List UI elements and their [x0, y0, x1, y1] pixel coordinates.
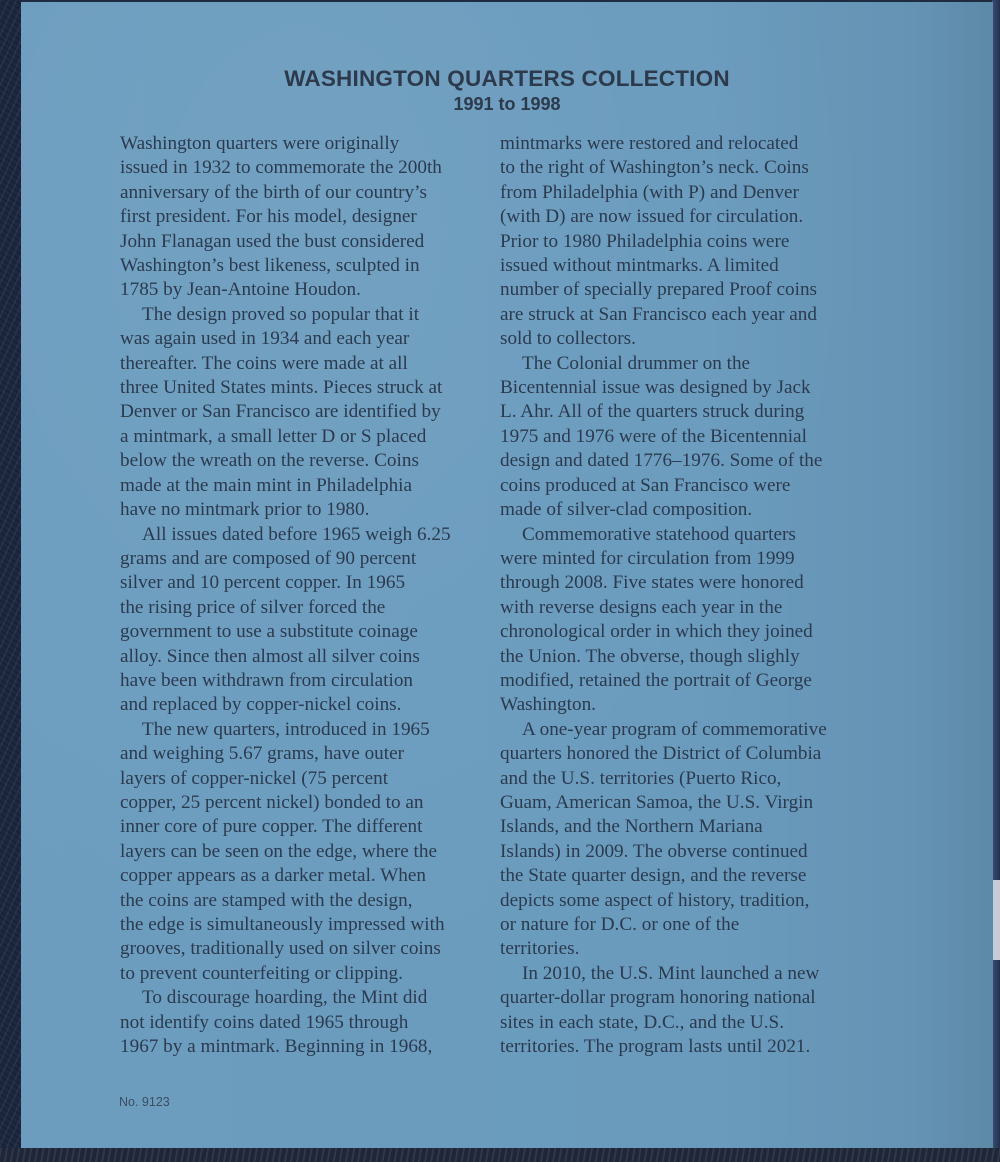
text-line: territories. The program lasts until 202… [500, 1035, 872, 1059]
text-line: the edge is simultaneously impressed wit… [120, 913, 492, 937]
text-line: Prior to 1980 Philadelphia coins were [500, 230, 872, 254]
text-line: (with D) are now issued for circulation. [500, 205, 872, 229]
text-line: Commemorative statehood quarters [500, 523, 872, 547]
page-subtitle: 1991 to 1998 [21, 94, 993, 115]
text-line: the State quarter design, and the revers… [500, 864, 872, 888]
text-line: Islands) in 2009. The obverse continued [500, 840, 872, 864]
text-line: territories. [500, 937, 872, 961]
text-line: anniversary of the birth of our country’… [120, 181, 492, 205]
text-line: to the right of Washington’s neck. Coins [500, 156, 872, 180]
text-line: layers of copper-nickel (75 percent [120, 767, 492, 791]
text-line: In 2010, the U.S. Mint launched a new [500, 962, 872, 986]
text-line: layers can be seen on the edge, where th… [120, 840, 492, 864]
text-line: Washington’s best likeness, sculpted in [120, 254, 492, 278]
text-line: the coins are stamped with the design, [120, 889, 492, 913]
text-line: three United States mints. Pieces struck… [120, 376, 492, 400]
text-line: coins produced at San Francisco were [500, 474, 872, 498]
text-line: inner core of pure copper. The different [120, 815, 492, 839]
text-line: and weighing 5.67 grams, have outer [120, 742, 492, 766]
text-line: was again used in 1934 and each year [120, 327, 492, 351]
text-line: Guam, American Samoa, the U.S. Virgin [500, 791, 872, 815]
text-line: from Philadelphia (with P) and Denver [500, 181, 872, 205]
text-line: copper, 25 percent nickel) bonded to an [120, 791, 492, 815]
catalog-number: No. 9123 [119, 1095, 170, 1109]
text-line: were minted for circulation from 1999 [500, 547, 872, 571]
text-line: number of specially prepared Proof coins [500, 278, 872, 302]
text-line: chronological order in which they joined [500, 620, 872, 644]
album-page: WASHINGTON QUARTERS COLLECTION 1991 to 1… [21, 2, 993, 1148]
text-line: quarters honored the District of Columbi… [500, 742, 872, 766]
text-line: sites in each state, D.C., and the U.S. [500, 1011, 872, 1035]
text-line: a mintmark, a small letter D or S placed [120, 425, 492, 449]
text-line: first president. For his model, designer [120, 205, 492, 229]
page-title: WASHINGTON QUARTERS COLLECTION [21, 66, 993, 92]
right-text-column: mintmarks were restored and relocatedto … [500, 132, 872, 1059]
text-line: not identify coins dated 1965 through [120, 1011, 492, 1035]
text-line: grams and are composed of 90 percent [120, 547, 492, 571]
text-line: Islands, and the Northern Mariana [500, 815, 872, 839]
text-line: below the wreath on the reverse. Coins [120, 449, 492, 473]
text-line: The design proved so popular that it [120, 303, 492, 327]
text-line: thereafter. The coins were made at all [120, 352, 492, 376]
text-line: To discourage hoarding, the Mint did [120, 986, 492, 1010]
text-line: 1785 by Jean-Antoine Houdon. [120, 278, 492, 302]
text-line: or nature for D.C. or one of the [500, 913, 872, 937]
text-line: the Union. The obverse, though slighly [500, 645, 872, 669]
text-line: depicts some aspect of history, traditio… [500, 889, 872, 913]
left-text-column: Washington quarters were originallyissue… [120, 132, 492, 1059]
text-line: Denver or San Francisco are identified b… [120, 400, 492, 424]
text-line: alloy. Since then almost all silver coin… [120, 645, 492, 669]
binder-leather-spine [0, 0, 22, 1162]
text-line: issued in 1932 to commemorate the 200th [120, 156, 492, 180]
text-line: sold to collectors. [500, 327, 872, 351]
text-line: made of silver-clad composition. [500, 498, 872, 522]
text-line: All issues dated before 1965 weigh 6.25 [120, 523, 492, 547]
text-line: made at the main mint in Philadelphia [120, 474, 492, 498]
text-line: 1967 by a mintmark. Beginning in 1968, [120, 1035, 492, 1059]
text-line: through 2008. Five states were honored [500, 571, 872, 595]
text-line: and the U.S. territories (Puerto Rico, [500, 767, 872, 791]
text-line: 1975 and 1976 were of the Bicentennial [500, 425, 872, 449]
text-line: mintmarks were restored and relocated [500, 132, 872, 156]
text-line: design and dated 1776–1976. Some of the [500, 449, 872, 473]
binder-right-edge-highlight [992, 880, 1000, 960]
text-line: have no mintmark prior to 1980. [120, 498, 492, 522]
text-line: The new quarters, introduced in 1965 [120, 718, 492, 742]
binder-leather-bottom [0, 1148, 1000, 1162]
text-line: modified, retained the portrait of Georg… [500, 669, 872, 693]
text-line: the rising price of silver forced the [120, 596, 492, 620]
binder-right-edge [992, 0, 1000, 1162]
text-line: Bicentennial issue was designed by Jack [500, 376, 872, 400]
text-line: L. Ahr. All of the quarters struck durin… [500, 400, 872, 424]
text-line: with reverse designs each year in the [500, 596, 872, 620]
text-line: John Flanagan used the bust considered [120, 230, 492, 254]
text-line: Washington quarters were originally [120, 132, 492, 156]
text-line: are struck at San Francisco each year an… [500, 303, 872, 327]
text-line: Washington. [500, 693, 872, 717]
text-line: and replaced by copper-nickel coins. [120, 693, 492, 717]
text-line: government to use a substitute coinage [120, 620, 492, 644]
text-line: copper appears as a darker metal. When [120, 864, 492, 888]
text-line: A one-year program of commemorative [500, 718, 872, 742]
text-line: grooves, traditionally used on silver co… [120, 937, 492, 961]
text-line: have been withdrawn from circulation [120, 669, 492, 693]
text-line: issued without mintmarks. A limited [500, 254, 872, 278]
text-line: to prevent counterfeiting or clipping. [120, 962, 492, 986]
text-line: quarter-dollar program honoring national [500, 986, 872, 1010]
text-line: silver and 10 percent copper. In 1965 [120, 571, 492, 595]
text-line: The Colonial drummer on the [500, 352, 872, 376]
